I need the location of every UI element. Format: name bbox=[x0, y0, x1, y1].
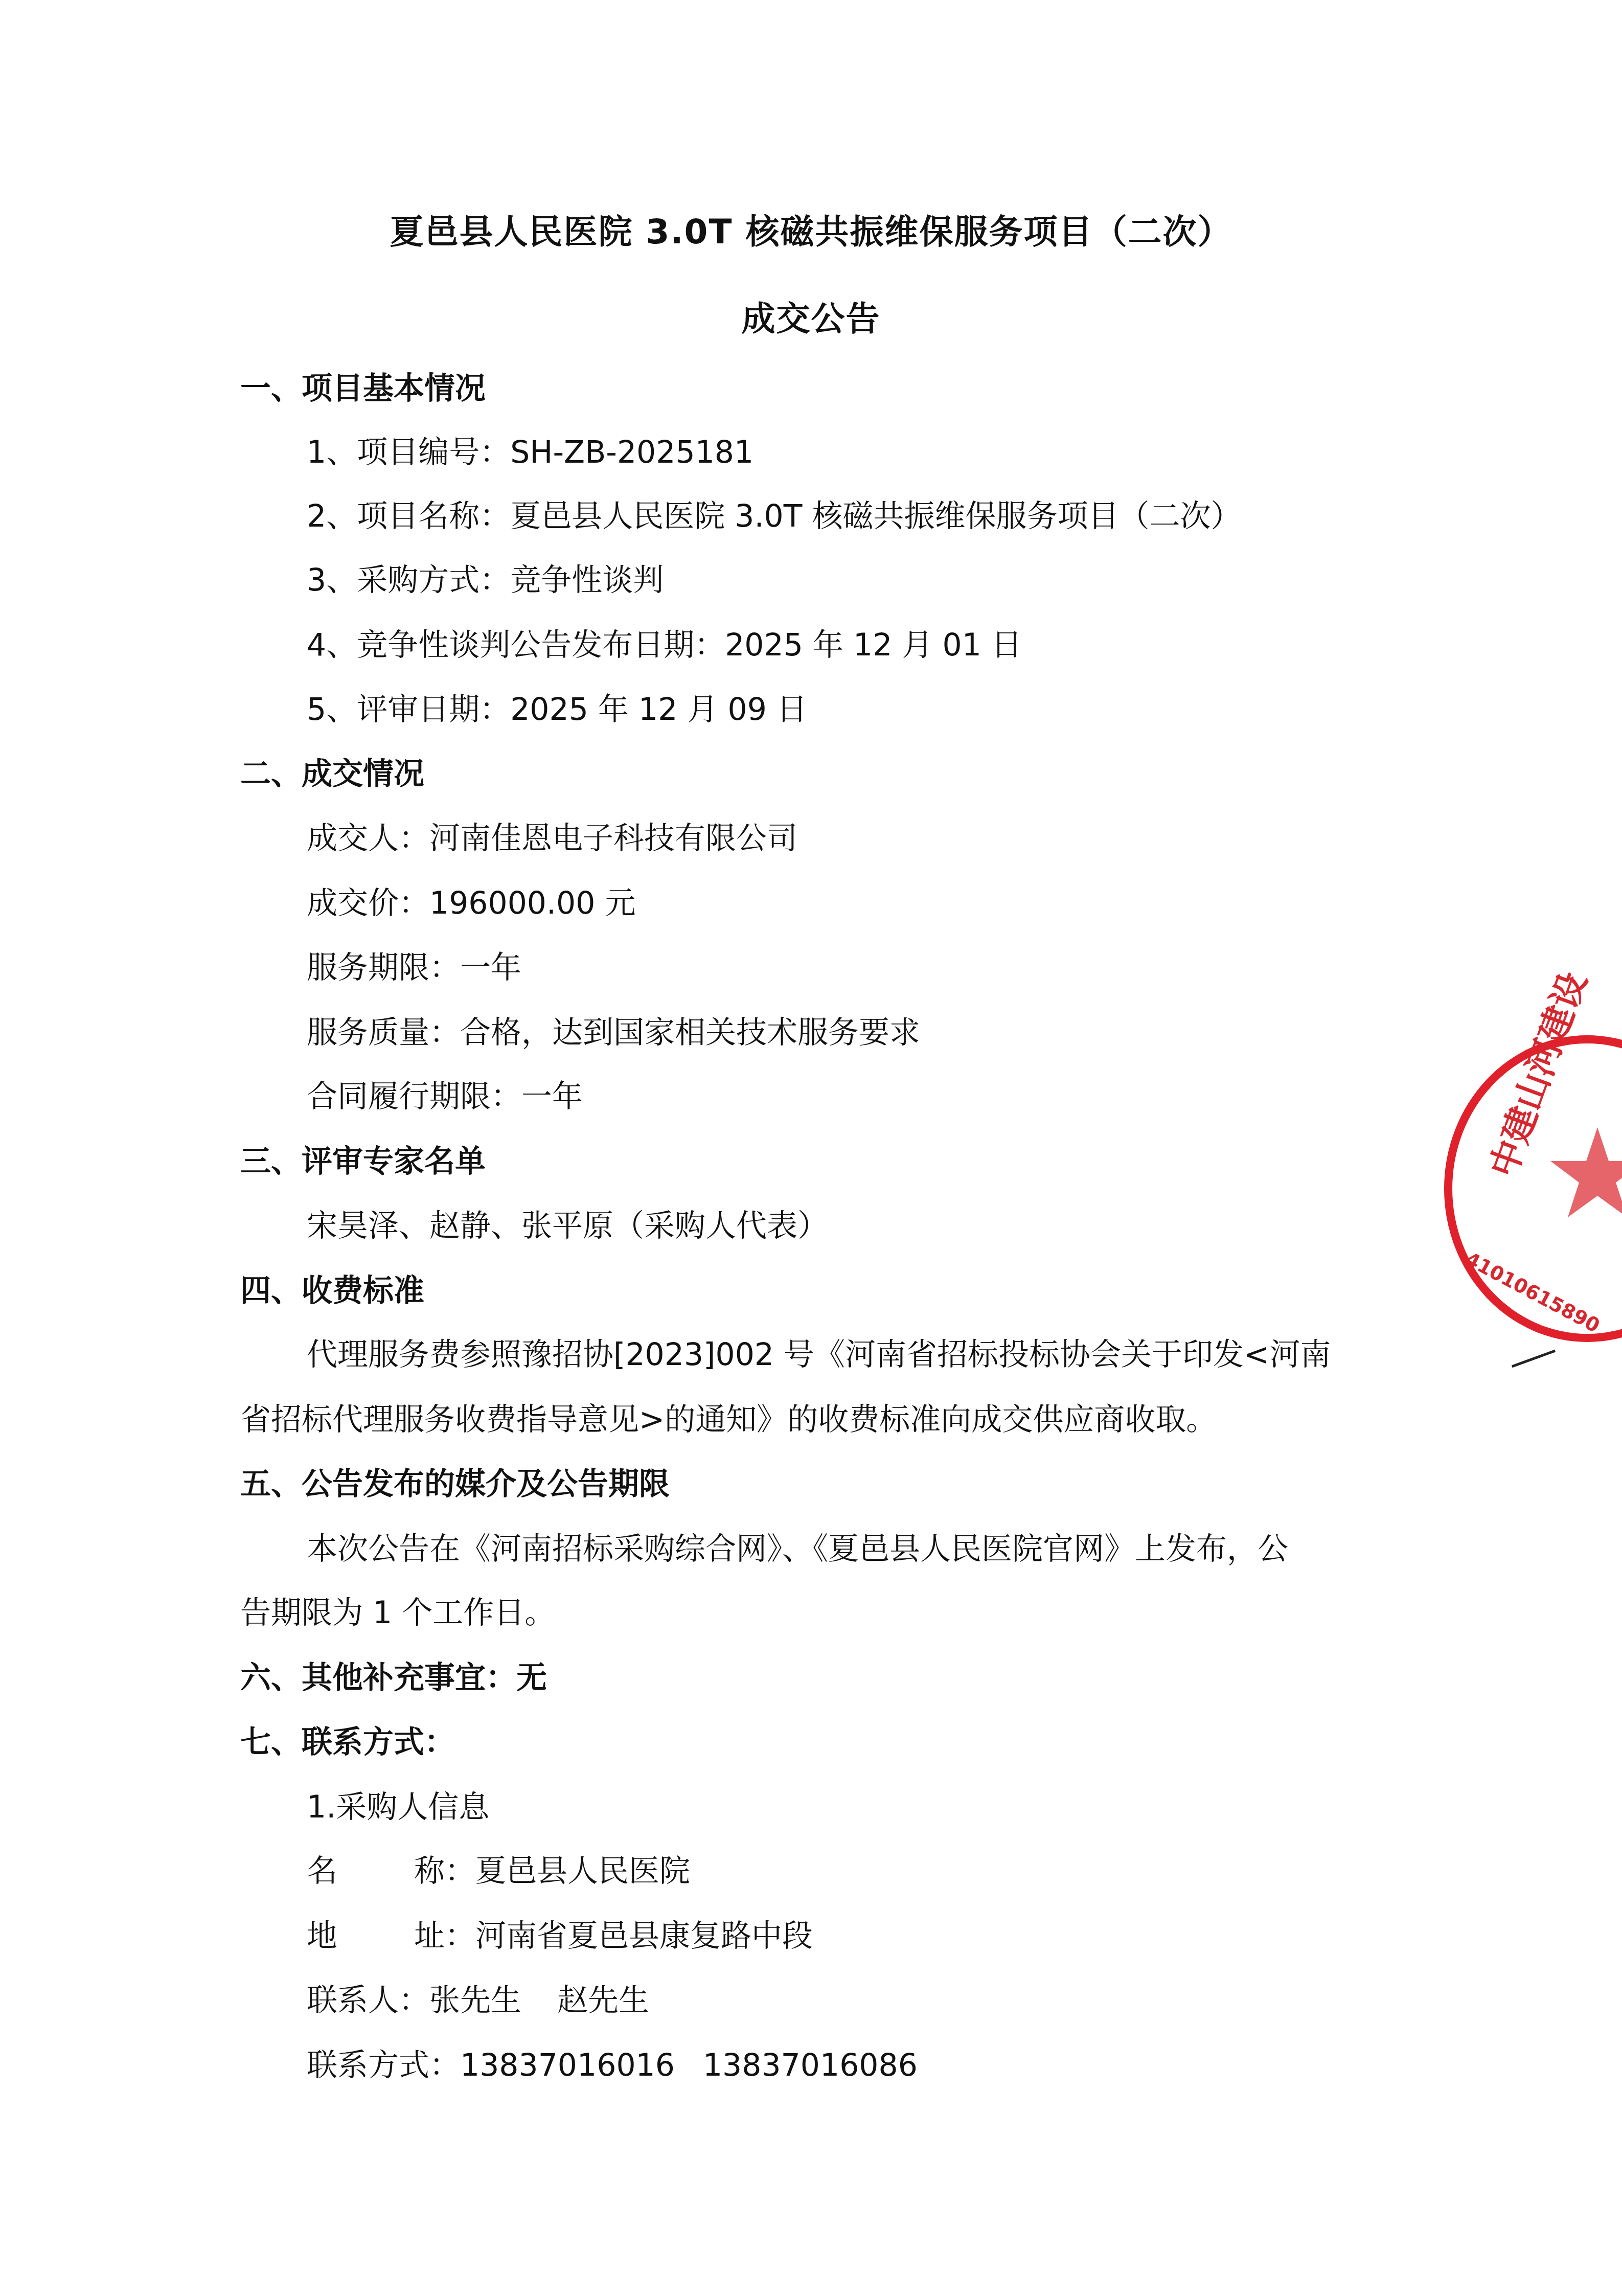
winning-bidder: 成交人：河南佳恩电子科技有限公司 bbox=[307, 818, 797, 859]
service-quality: 服务质量：合格，达到国家相关技术服务要求 bbox=[307, 1012, 920, 1053]
expert-list: 宋昊泽、赵静、张平原（采购人代表） bbox=[307, 1206, 828, 1246]
phone-label: 联系方式： bbox=[307, 2048, 460, 2083]
project-name: 2、项目名称：夏邑县人民医院 3.0T 核磁共振维保服务项目（二次） bbox=[307, 496, 1241, 537]
seal-star-icon bbox=[1546, 1122, 1622, 1224]
section-heading-fees: 四、收费标准 bbox=[240, 1270, 424, 1311]
document-subtitle: 成交公告 bbox=[0, 291, 1622, 340]
purchaser-name-label-b: 称： bbox=[414, 1853, 475, 1889]
contact-person-2: 赵先生 bbox=[557, 1983, 649, 2018]
document-title: 夏邑县人民医院 3.0T 核磁共振维保服务项目（二次） bbox=[0, 204, 1622, 253]
procurement-method: 3、采购方式：竞争性谈判 bbox=[307, 560, 664, 601]
media-paragraph-line1: 本次公告在《河南招标采购综合网》、《夏邑县人民医院官网》上发布，公 bbox=[307, 1529, 1288, 1570]
deal-price: 成交价：196000.00 元 bbox=[307, 883, 636, 924]
section-heading-deal: 二、成交情况 bbox=[240, 754, 424, 794]
purchaser-info-heading: 1.采购人信息 bbox=[307, 1787, 489, 1828]
purchaser-name-row: 名称：夏邑县人民医院 bbox=[307, 1851, 690, 1892]
phone-number-2: 13837016086 bbox=[703, 2048, 918, 2083]
document-page: 夏邑县人民医院 3.0T 核磁共振维保服务项目（二次） 成交公告 一、项目基本情… bbox=[0, 0, 1622, 2296]
section-heading-basic-info: 一、项目基本情况 bbox=[240, 368, 486, 409]
phone-number-1: 13837016016 bbox=[460, 2048, 675, 2083]
review-date: 5、评审日期：2025 年 12 月 09 日 bbox=[307, 689, 807, 730]
fee-paragraph-line2: 省招标代理服务收费指导意见>的通知》的收费标准向成交供应商收取。 bbox=[240, 1399, 1217, 1440]
section-heading-other: 六、其他补充事宜：无 bbox=[240, 1657, 547, 1698]
purchaser-phone-row: 联系方式：1383701601613837016086 bbox=[307, 2045, 918, 2086]
contact-label: 联系人： bbox=[307, 1983, 429, 2018]
media-paragraph-line2: 告期限为 1 个工作日。 bbox=[240, 1593, 555, 1633]
purchaser-name-value: 夏邑县人民医院 bbox=[475, 1853, 690, 1889]
project-number: 1、项目编号：SH-ZB-2025181 bbox=[307, 432, 753, 473]
purchaser-address-label-a: 地 bbox=[307, 1918, 337, 1954]
section-heading-contact: 七、联系方式： bbox=[240, 1722, 455, 1763]
purchaser-contact-row: 联系人：张先生赵先生 bbox=[307, 1980, 649, 2021]
contract-period: 合同履行期限：一年 bbox=[307, 1076, 583, 1117]
purchaser-name-label-a: 名 bbox=[307, 1853, 337, 1889]
purchaser-address-value: 河南省夏邑县康复路中段 bbox=[475, 1918, 813, 1954]
section-heading-experts: 三、评审专家名单 bbox=[240, 1141, 486, 1182]
signature-stroke bbox=[1512, 1350, 1556, 1368]
section-heading-media: 五、公告发布的媒介及公告期限 bbox=[240, 1464, 670, 1505]
fee-paragraph-line1: 代理服务费参照豫招协[2023]002 号《河南省招标投标协会关于印发<河南 bbox=[307, 1334, 1331, 1375]
purchaser-address-label-b: 址： bbox=[414, 1918, 475, 1954]
contact-person-1: 张先生 bbox=[429, 1983, 521, 2018]
purchaser-address-row: 地址：河南省夏邑县康复路中段 bbox=[307, 1916, 813, 1957]
service-period: 服务期限：一年 bbox=[307, 947, 521, 988]
announcement-date: 4、竞争性谈判公告发布日期：2025 年 12 月 01 日 bbox=[307, 625, 1022, 666]
